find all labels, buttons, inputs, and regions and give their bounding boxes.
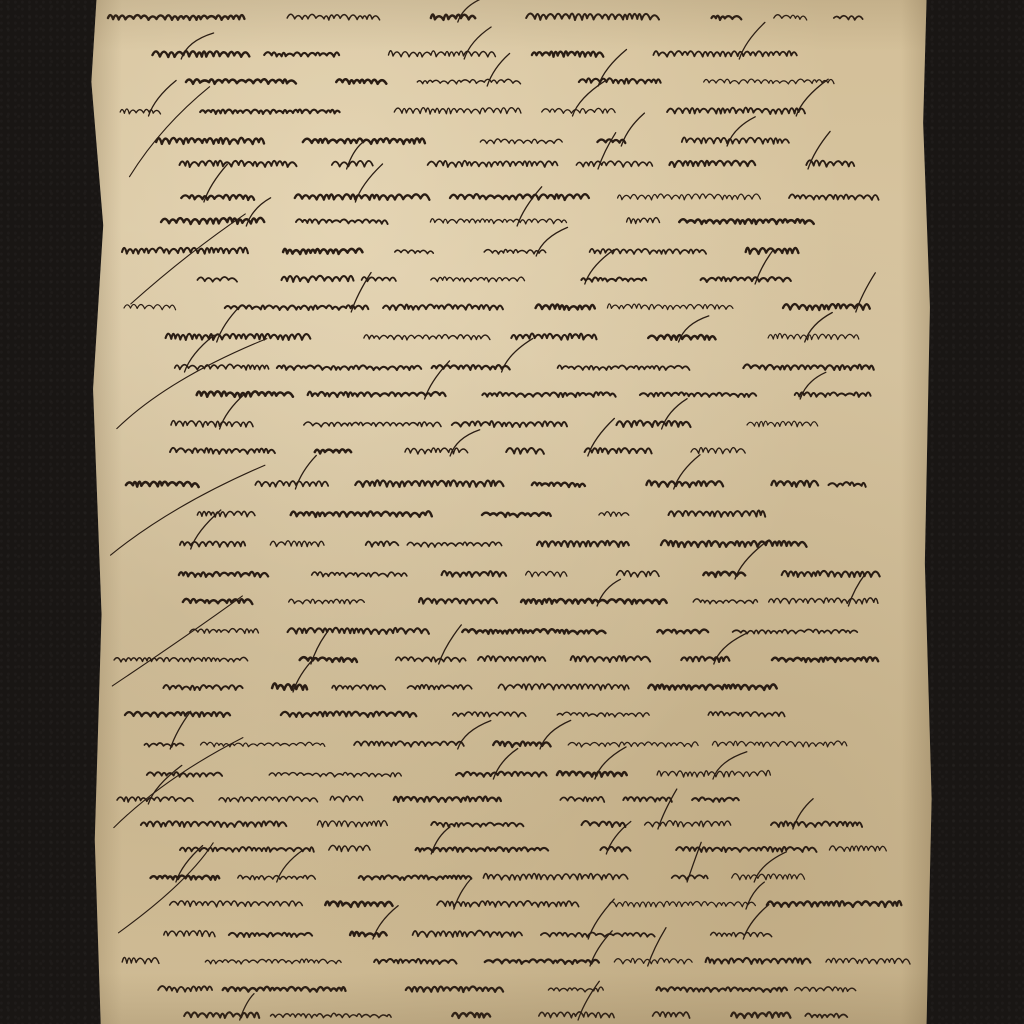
- handwritten-word: [255, 481, 328, 487]
- handwritten-word: [526, 571, 567, 577]
- handwritten-word: [120, 109, 160, 114]
- handwritten-word: [772, 657, 878, 662]
- handwritten-word: [691, 448, 745, 454]
- handwritten-word: [124, 304, 176, 309]
- handwritten-word: [511, 334, 596, 340]
- handwritten-word: [568, 742, 698, 747]
- handwritten-word: [806, 160, 854, 166]
- handwritten-word: [197, 511, 255, 517]
- handwritten-word: [571, 656, 651, 662]
- handwritten-word: [478, 656, 545, 661]
- handwritten-word: [229, 933, 312, 937]
- handwritten-word: [767, 901, 901, 907]
- handwritten-word: [289, 599, 365, 604]
- handwritten-word: [408, 685, 472, 690]
- handwritten-word: [623, 797, 672, 802]
- handwritten-word: [108, 15, 244, 20]
- handwritten-word: [200, 110, 339, 114]
- handwritten-word: [180, 161, 297, 167]
- handwritten-word: [682, 137, 789, 143]
- handwritten-word: [617, 571, 659, 577]
- handwritten-word: [354, 741, 464, 746]
- handwritten-word: [771, 821, 862, 827]
- handwritten-word: [669, 161, 755, 167]
- handwritten-word: [197, 277, 237, 282]
- handwritten-word: [506, 448, 544, 454]
- handwritten-word: [607, 304, 733, 310]
- handwritten-word: [768, 333, 859, 339]
- handwritten-word: [640, 392, 756, 396]
- handwritten-word: [532, 51, 603, 56]
- handwritten-word: [272, 683, 307, 689]
- handwritten-word: [300, 657, 357, 662]
- handwritten-word: [579, 78, 661, 83]
- handwritten-word: [303, 138, 425, 144]
- handwritten-word: [560, 797, 604, 802]
- handwritten-word: [656, 987, 787, 992]
- handwritten-word: [657, 630, 708, 634]
- handwritten-word: [163, 685, 242, 690]
- handwritten-word: [536, 304, 595, 309]
- handwritten-word: [153, 51, 250, 57]
- handwritten-word: [645, 821, 731, 827]
- ascender-stroke: [793, 799, 813, 829]
- handwritten-word: [701, 277, 791, 282]
- handwritten-word: [329, 845, 370, 851]
- handwritten-word: [389, 51, 496, 57]
- handwritten-word: [281, 712, 416, 717]
- handwritten-word: [646, 481, 723, 487]
- handwritten-word: [336, 79, 386, 84]
- handwritten-word: [774, 15, 807, 20]
- document-script-description: illegible cursive (pseudo-handwriting): [88, 0, 89, 1]
- handwritten-word: [407, 542, 502, 547]
- handwritten-word: [711, 932, 772, 936]
- handwritten-word: [704, 79, 834, 84]
- handwritten-word: [164, 931, 215, 937]
- handwritten-word: [703, 572, 745, 577]
- handwritten-word: [653, 1012, 690, 1018]
- handwritten-word: [288, 628, 429, 634]
- handwritten-word: [295, 194, 430, 200]
- handwritten-word: [364, 335, 490, 340]
- handwritten-word: [532, 482, 585, 487]
- handwritten-word: [158, 986, 212, 992]
- handwritten-word: [125, 712, 230, 717]
- handwritten-word: [317, 821, 387, 827]
- handwritten-word: [308, 392, 446, 397]
- handwritten-word: [428, 161, 558, 167]
- handwritten-word: [618, 194, 761, 200]
- handwritten-word: [332, 161, 373, 167]
- handwritten-word: [413, 931, 522, 937]
- handwritten-word: [430, 219, 566, 224]
- ascender-stroke: [540, 720, 571, 749]
- handwritten-word: [539, 1012, 614, 1018]
- handwritten-word: [462, 629, 605, 634]
- handwritten-word: [179, 572, 268, 577]
- handwritten-word: [170, 901, 303, 907]
- margin-flourish: [112, 596, 242, 686]
- handwritten-word: [653, 51, 796, 57]
- handwritten-word: [396, 657, 466, 662]
- handwritten-word: [114, 657, 248, 662]
- handwritten-word: [537, 541, 629, 547]
- handwritten-word: [406, 987, 503, 992]
- handwritten-word: [614, 958, 692, 964]
- margin-flourish: [131, 214, 246, 304]
- handwritten-word: [171, 421, 253, 427]
- handwritten-word: [795, 392, 871, 397]
- handwritten-word: [325, 902, 392, 907]
- handwritten-word: [452, 1013, 490, 1018]
- handwritten-word: [733, 629, 858, 633]
- handwritten-word: [732, 874, 805, 880]
- handwritten-word: [394, 108, 521, 114]
- handwritten-word: [576, 161, 652, 167]
- handwritten-word: [144, 743, 183, 747]
- handwritten-word: [416, 847, 548, 852]
- handwritten-word: [141, 821, 286, 827]
- handwritten-word: [264, 52, 339, 56]
- handwritten-word: [383, 304, 503, 310]
- handwritten-word: [395, 250, 434, 254]
- handwritten-word: [480, 139, 562, 144]
- handwritten-word: [282, 276, 354, 282]
- handwritten-word: [225, 305, 368, 310]
- handwritten-word: [590, 249, 707, 254]
- handwritten-word: [661, 540, 807, 547]
- handwritten-word: [183, 599, 252, 604]
- handwritten-word: [667, 108, 805, 114]
- handwritten-word: [122, 957, 159, 963]
- handwritten-word: [484, 250, 546, 254]
- handwritten-word: [826, 958, 910, 964]
- handwritten-word: [117, 797, 193, 802]
- handwritten-word: [582, 821, 626, 827]
- handwritten-word: [359, 875, 472, 880]
- handwritten-word: [712, 741, 846, 747]
- handwritten-word: [405, 448, 468, 454]
- handwritten-word: [609, 901, 756, 907]
- handwritten-word: [291, 511, 432, 517]
- handwritten-word: [181, 195, 254, 200]
- handwritten-word: [238, 875, 315, 879]
- handwritten-word: [442, 571, 507, 577]
- handwritten-word: [304, 422, 441, 427]
- handwritten-word: [769, 598, 878, 604]
- handwritten-word: [789, 194, 879, 200]
- margin-flourish: [117, 339, 267, 429]
- handwritten-word: [581, 277, 646, 281]
- handwritten-word: [708, 712, 784, 717]
- handwritten-word: [312, 572, 407, 577]
- handwritten-word: [186, 79, 296, 84]
- ascender-stroke: [295, 455, 316, 489]
- handwritten-word: [394, 797, 501, 802]
- handwritten-word: [599, 512, 629, 517]
- handwritten-word: [223, 987, 346, 992]
- handwritten-word: [419, 598, 497, 604]
- handwritten-word: [147, 772, 222, 777]
- handwritten-word: [648, 684, 776, 689]
- ascender-stroke: [796, 79, 828, 116]
- handwritten-word: [805, 1013, 847, 1017]
- handwritten-word: [437, 901, 579, 907]
- handwritten-word: [450, 194, 589, 200]
- handwritten-word: [270, 541, 324, 547]
- handwritten-word: [521, 599, 667, 604]
- handwritten-word: [681, 657, 729, 662]
- handwritten-word: [184, 1012, 259, 1018]
- handwritten-word: [600, 847, 630, 852]
- handwritten-word: [482, 513, 551, 517]
- manuscript-page: illegible cursive (pseudo-handwriting): [88, 0, 935, 1024]
- handwritten-word: [355, 480, 503, 486]
- handwritten-word: [692, 797, 739, 801]
- handwritten-word: [542, 108, 615, 113]
- handwritten-word: [366, 541, 399, 546]
- handwritten-word: [374, 959, 456, 964]
- handwritten-word: [712, 16, 742, 20]
- handwritten-word: [743, 364, 873, 370]
- handwritten-word: [829, 482, 866, 487]
- handwritten-word: [627, 218, 660, 224]
- handwritten-word: [617, 421, 691, 427]
- handwritten-word: [485, 959, 599, 964]
- handwritten-word: [350, 932, 387, 937]
- handwritten-word: [834, 16, 863, 20]
- handwritten-word: [156, 138, 264, 144]
- handwritten-word: [829, 846, 886, 851]
- handwritten-word: [795, 987, 856, 992]
- handwritten-word: [190, 629, 259, 634]
- handwritten-word: [557, 771, 627, 776]
- handwritten-word: [417, 79, 520, 84]
- handwritten-word: [180, 542, 245, 547]
- handwritten-word: [482, 392, 615, 397]
- handwritten-word: [585, 448, 652, 454]
- handwritten-word: [269, 772, 401, 777]
- handwritten-word: [483, 874, 627, 880]
- handwritten-word: [219, 796, 318, 801]
- handwritten-word: [296, 219, 388, 224]
- handwritten-word: [205, 959, 341, 964]
- handwritten-word: [706, 958, 811, 964]
- handwritten-word: [201, 742, 325, 747]
- handwritten-word: [679, 219, 813, 224]
- margin-flourish: [119, 843, 214, 933]
- handwritten-word: [558, 365, 690, 370]
- handwritten-word: [669, 511, 766, 517]
- handwritten-word: [315, 449, 351, 453]
- handwritten-word: [453, 712, 526, 717]
- handwritten-word: [287, 14, 379, 20]
- handwritten-word: [431, 14, 475, 19]
- handwritten-word: [541, 933, 655, 937]
- handwritten-word: [693, 599, 757, 604]
- handwritten-word: [126, 482, 199, 487]
- handwritten-word: [771, 481, 818, 487]
- handwritten-word: [277, 365, 421, 370]
- handwritten-word: [330, 796, 363, 802]
- handwritten-word: [431, 822, 523, 827]
- handwritten-word: [166, 334, 311, 340]
- handwritten-word: [431, 277, 525, 282]
- handwritten-word: [526, 14, 659, 20]
- handwritten-word: [747, 421, 818, 427]
- handwritten-word: [283, 249, 362, 254]
- handwritten-word: [332, 685, 385, 690]
- handwritten-word: [175, 364, 269, 370]
- ascender-stroke: [458, 0, 490, 22]
- handwritten-word: [170, 448, 275, 454]
- handwritten-word: [122, 248, 248, 254]
- margin-flourish: [114, 738, 243, 828]
- ascender-stroke: [606, 822, 631, 855]
- handwritten-word: [731, 1012, 790, 1018]
- handwritten-word: [452, 421, 567, 427]
- handwritten-word: [498, 684, 628, 690]
- handwritten-word: [557, 712, 649, 717]
- handwritten-word: [271, 1013, 392, 1018]
- handwritten-word: [456, 772, 546, 777]
- handwriting-ink: [88, 0, 935, 1024]
